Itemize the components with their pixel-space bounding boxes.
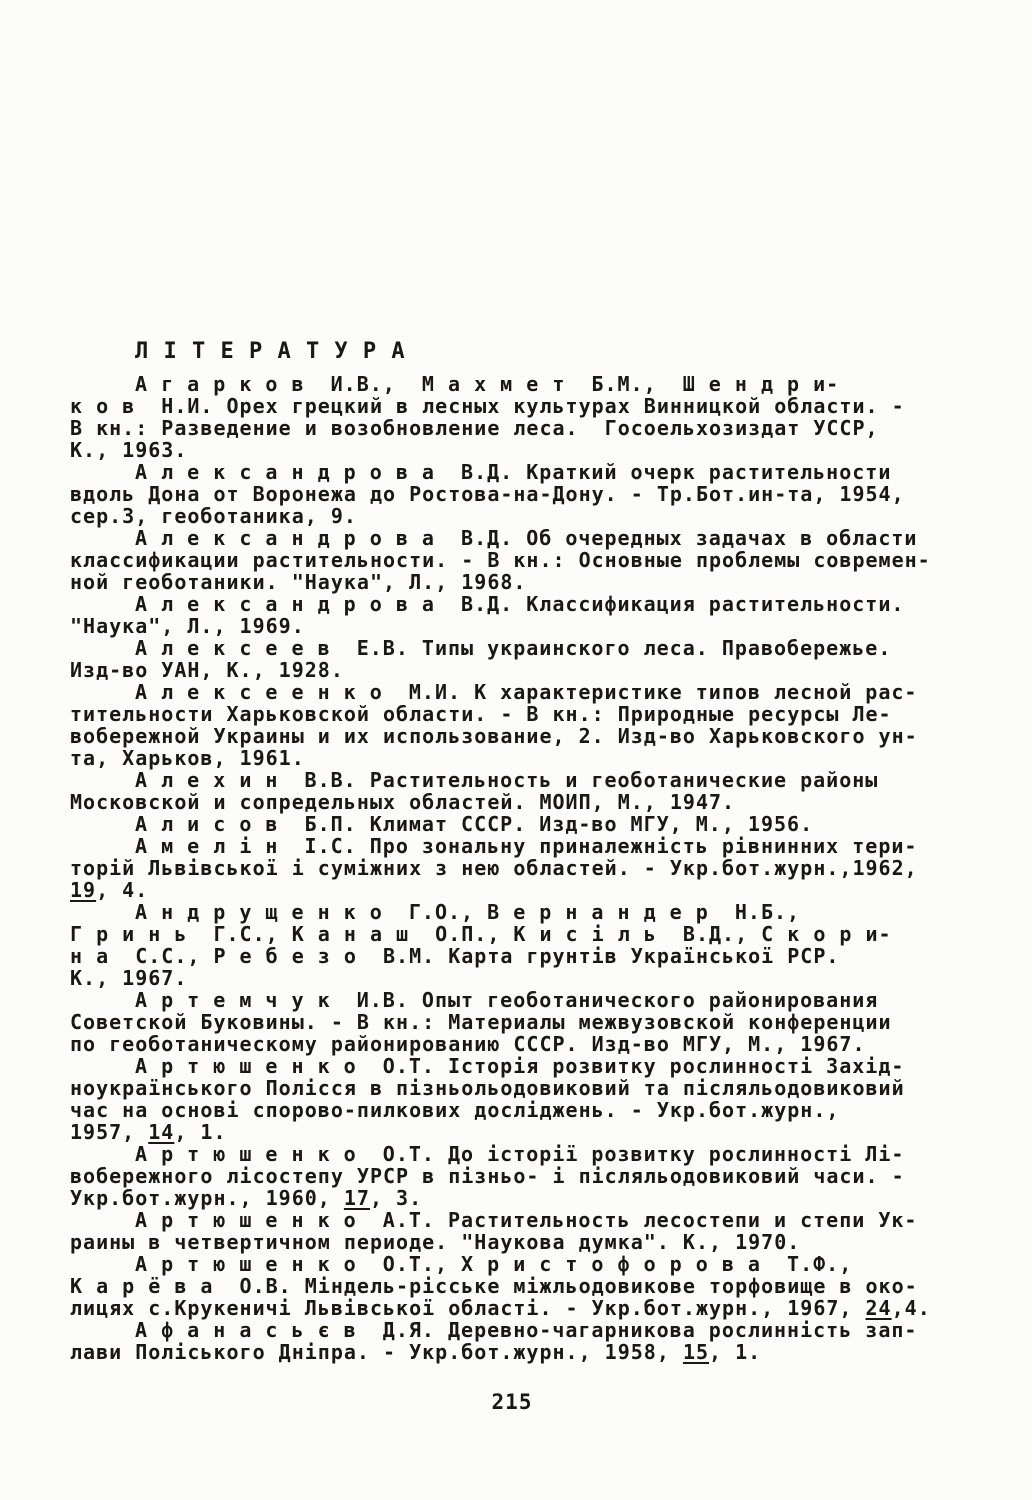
bib-text: А н д р у щ е н к о Г.О., В е р н а н д … <box>135 900 800 924</box>
bib-line: лицях с.Крукеничі Львівської області. - … <box>70 1297 975 1319</box>
bib-line: Г р и н ь Г.С., К а н а ш О.П., К и с і … <box>70 923 975 945</box>
bib-line: сер.3, геоботаника, 9. <box>70 505 975 527</box>
bib-text: час на основі спорово-пилкових досліджен… <box>70 1098 839 1122</box>
bib-text: А м е л і н І.С. Про зональну приналежні… <box>135 834 917 858</box>
bib-line: ной геоботаники. "Наука", Л., 1968. <box>70 571 975 593</box>
bib-line: А р т ю ш е н к о О.Т., Х р и с т о ф о … <box>70 1253 975 1275</box>
bib-text: вдоль Дона от Воронежа до Ростова-на-Дон… <box>70 482 905 506</box>
bib-text: 1957, <box>70 1120 148 1144</box>
bib-text: А р т ю ш е н к о О.Т. До історії розвит… <box>135 1142 904 1166</box>
bib-text: ,4. <box>892 1296 931 1320</box>
bib-text: А р т е м ч у к И.В. Опыт геоботаническо… <box>135 988 878 1012</box>
bib-line: вобережной Украины и их использование, 2… <box>70 725 975 747</box>
bib-line: Изд-во УАН, К., 1928. <box>70 659 975 681</box>
bib-line: А л е к с а н д р о в а В.Д. Об очередны… <box>70 527 975 549</box>
bib-text: к о в Н.И. Орех грецкий в лесных культур… <box>70 394 905 418</box>
bib-line: А р т ю ш е н к о А.Т. Растительность ле… <box>70 1209 975 1231</box>
bib-line: А л е к с е е н к о М.И. К характеристик… <box>70 681 975 703</box>
bib-line: Укр.бот.журн., 1960, 17, 3. <box>70 1187 975 1209</box>
bib-text: лицях с.Крукеничі Львівської області. - … <box>70 1296 866 1320</box>
bib-text: классификации растительности. - В кн.: О… <box>70 548 931 572</box>
bib-text: А л е к с а н д р о в а В.Д. Классификац… <box>135 592 904 616</box>
scanned-document-page: Л І Т Е Р А Т У Р А А г а р к о в И.В., … <box>0 0 1032 1500</box>
bib-line: вдоль Дона от Воронежа до Ростова-на-Дон… <box>70 483 975 505</box>
bib-line: А г а р к о в И.В., М а х м е т Б.М., Ш … <box>70 373 975 395</box>
page-number: 215 <box>0 1390 1024 1414</box>
bib-text: А р т ю ш е н к о О.Т. Історія розвитку … <box>135 1054 904 1078</box>
bib-text: по геоботаническому районированию СССР. … <box>70 1032 866 1056</box>
bib-line: Московской и сопредельных областей. МОИП… <box>70 791 975 813</box>
text-block: Л І Т Е Р А Т У Р А А г а р к о в И.В., … <box>70 340 975 1363</box>
bib-text: А ф а н а с ь є в Д.Я. Деревно-чагарнико… <box>135 1318 917 1342</box>
bib-text: "Наука", Л., 1969. <box>70 614 305 638</box>
bib-line: А л е к с а н д р о в а В.Д. Краткий оче… <box>70 461 975 483</box>
volume-number: 24 <box>866 1296 892 1320</box>
bib-text: , 1. <box>709 1340 761 1364</box>
bib-line: та, Харьков, 1961. <box>70 747 975 769</box>
bib-line: "Наука", Л., 1969. <box>70 615 975 637</box>
bib-text: та, Харьков, 1961. <box>70 746 305 770</box>
bib-text: А л е к с а н д р о в а В.Д. Об очередны… <box>135 526 917 550</box>
bib-line: А л е к с е е в Е.В. Типы украинского ле… <box>70 637 975 659</box>
bib-line: А р т ю ш е н к о О.Т. До історії розвит… <box>70 1143 975 1165</box>
bibliography: А г а р к о в И.В., М а х м е т Б.М., Ш … <box>70 373 975 1363</box>
bib-line: А л е х и н В.В. Растительность и геобот… <box>70 769 975 791</box>
bib-line: А н д р у щ е н к о Г.О., В е р н а н д … <box>70 901 975 923</box>
bib-text: А л е к с а н д р о в а В.Д. Краткий оче… <box>135 460 891 484</box>
bib-line: К., 1967. <box>70 967 975 989</box>
bib-text: лави Поліського Дніпра. - Укр.бот.журн.,… <box>70 1340 683 1364</box>
bib-line: К., 1963. <box>70 439 975 461</box>
volume-number: 15 <box>683 1340 709 1364</box>
bib-text: тительности Харьковской области. - В кн.… <box>70 702 892 726</box>
bib-line: вобережного лісостепу УРСР в пізньо- і п… <box>70 1165 975 1187</box>
bib-line: лави Поліського Дніпра. - Укр.бот.журн.,… <box>70 1341 975 1363</box>
bib-line: Советской Буковины. - В кн.: Материалы м… <box>70 1011 975 1033</box>
bib-text: , 3. <box>370 1186 422 1210</box>
bib-text: К а р ё в а О.В. Міндель-рісське міжльод… <box>70 1274 918 1298</box>
section-heading: Л І Т Е Р А Т У Р А <box>135 340 975 364</box>
bib-line: А р т е м ч у к И.В. Опыт геоботаническо… <box>70 989 975 1011</box>
bib-line: 1957, 14, 1. <box>70 1121 975 1143</box>
bib-line: А м е л і н І.С. Про зональну приналежні… <box>70 835 975 857</box>
bib-text: раины в четвертичном периоде. "Наукова д… <box>70 1230 800 1254</box>
bib-line: А л е к с а н д р о в а В.Д. Классификац… <box>70 593 975 615</box>
bib-line: В кн.: Разведение и возобновление леса. … <box>70 417 975 439</box>
bib-text: сер.3, геоботаника, 9. <box>70 504 357 528</box>
bib-text: А л е к с е е в Е.В. Типы украинского ле… <box>135 636 891 660</box>
bib-line: классификации растительности. - В кн.: О… <box>70 549 975 571</box>
bib-text: А л е к с е е н к о М.И. К характеристик… <box>135 680 917 704</box>
bib-text: А л и с о в Б.П. Климат СССР. Изд-во МГУ… <box>135 812 813 836</box>
bib-line: час на основі спорово-пилкових досліджен… <box>70 1099 975 1121</box>
volume-number: 19 <box>70 878 96 902</box>
bib-text: К., 1963. <box>70 438 187 462</box>
bib-line: торій Львівської і суміжних з нею област… <box>70 857 975 879</box>
bib-text: , 4. <box>96 878 148 902</box>
bib-text: К., 1967. <box>70 966 187 990</box>
bib-line: К а р ё в а О.В. Міндель-рісське міжльод… <box>70 1275 975 1297</box>
bib-text: вобережной Украины и их использование, 2… <box>70 724 918 748</box>
bib-line: А л и с о в Б.П. Климат СССР. Изд-во МГУ… <box>70 813 975 835</box>
bib-text: А р т ю ш е н к о А.Т. Растительность ле… <box>135 1208 917 1232</box>
bib-text: Изд-во УАН, К., 1928. <box>70 658 344 682</box>
bib-text: Московской и сопредельных областей. МОИП… <box>70 790 735 814</box>
bib-text: А г а р к о в И.В., М а х м е т Б.М., Ш … <box>135 372 839 396</box>
bib-line: тительности Харьковской области. - В кн.… <box>70 703 975 725</box>
bib-line: к о в Н.И. Орех грецкий в лесных культур… <box>70 395 975 417</box>
bib-line: А р т ю ш е н к о О.Т. Історія розвитку … <box>70 1055 975 1077</box>
bib-text: Укр.бот.журн., 1960, <box>70 1186 344 1210</box>
volume-number: 14 <box>148 1120 174 1144</box>
bib-line: А ф а н а с ь є в Д.Я. Деревно-чагарнико… <box>70 1319 975 1341</box>
bib-text: В кн.: Разведение и возобновление леса. … <box>70 416 879 440</box>
bib-text: торій Львівської і суміжних з нею област… <box>70 856 918 880</box>
bib-line: раины в четвертичном периоде. "Наукова д… <box>70 1231 975 1253</box>
bib-line: ноукраїнського Полісся в пізньольодовико… <box>70 1077 975 1099</box>
bib-text: Советской Буковины. - В кн.: Материалы м… <box>70 1010 892 1034</box>
bib-text: , 1. <box>174 1120 226 1144</box>
bib-line: н а С.С., Р е б е з о В.М. Карта грунтів… <box>70 945 975 967</box>
bib-line: по геоботаническому районированию СССР. … <box>70 1033 975 1055</box>
bib-text: А р т ю ш е н к о О.Т., Х р и с т о ф о … <box>135 1252 852 1276</box>
bib-line: 19, 4. <box>70 879 975 901</box>
bib-text: н а С.С., Р е б е з о В.М. Карта грунтів… <box>70 944 839 968</box>
bib-text: ной геоботаники. "Наука", Л., 1968. <box>70 570 526 594</box>
bib-text: вобережного лісостепу УРСР в пізньо- і п… <box>70 1164 905 1188</box>
volume-number: 17 <box>344 1186 370 1210</box>
bib-text: А л е х и н В.В. Растительность и геобот… <box>135 768 878 792</box>
bib-text: Г р и н ь Г.С., К а н а ш О.П., К и с і … <box>70 922 892 946</box>
bib-text: ноукраїнського Полісся в пізньольодовико… <box>70 1076 905 1100</box>
